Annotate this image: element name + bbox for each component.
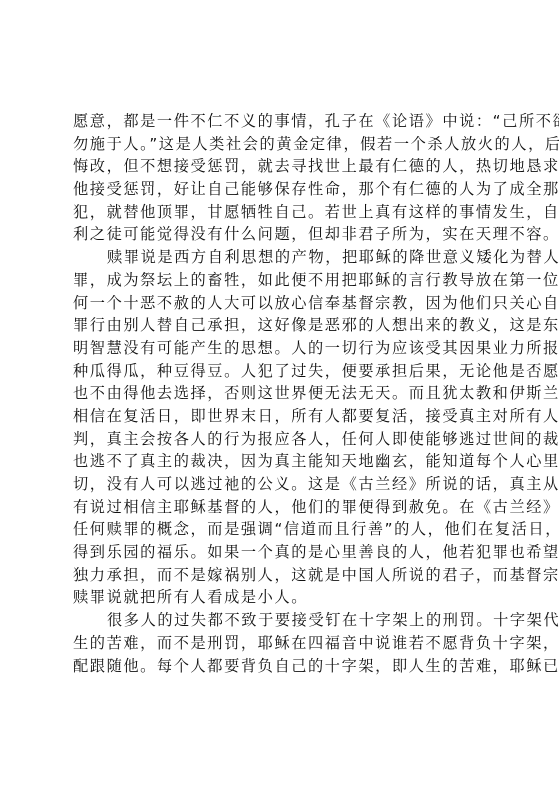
body-text: 愿意，都是一件不仁不义的事情，孔子在《论语》中说：“己所不欲， 勿施于人。”这是… (73, 110, 487, 677)
text-line: 明智慧没有可能产生的思想。人的一切行为应该受其因果业力所报应， (73, 337, 487, 360)
text-line: 得到乐园的福乐。如果一个真的是心里善良的人，他若犯罪也希望自己 (73, 541, 487, 564)
text-line: 愿意，都是一件不仁不义的事情，孔子在《论语》中说：“己所不欲， (73, 110, 487, 133)
text-line: 罪行由别人替自己承担，这好像是恶邪的人想出来的教义，这是东方文 (73, 314, 487, 337)
text-line: 他接受惩罚，好让自己能够保存性命，那个有仁德的人为了成全那个罪 (73, 178, 487, 201)
text-line: 赎罪说就把所有人看成是小人。 (73, 586, 487, 609)
text-line: 生的苦难，而不是刑罚，耶稣在四福音中说谁若不愿背负十字架，就不 (73, 632, 487, 655)
text-line: 何一个十恶不赦的人大可以放心信奉基督宗教，因为他们只关心自己的 (73, 292, 487, 315)
text-line: 勿施于人。”这是人类社会的黄金定律，假若一个杀人放火的人，后来 (73, 133, 487, 156)
text-line: 也不由得他去选择，否则这世界便无法无天。而且犹太教和伊斯兰教均 (73, 382, 487, 405)
text-line: 罪，成为祭坛上的畜牲，如此便不用把耶稣的言行教导放在第一位。任 (73, 269, 487, 292)
text-line: 任何赎罪的概念，而是强调“信道而且行善”的人，他们在复活日，必 (73, 518, 487, 541)
text-line: 赎罪说是西方自利思想的产物，把耶稣的降世意义矮化为替人类赎 (73, 246, 487, 269)
text-line: 犯，就替他顶罪，甘愿牺牲自己。若世上真有这样的事情发生，自私自 (73, 201, 487, 224)
paragraph-2: 赎罪说是西方自利思想的产物，把耶稣的降世意义矮化为替人类赎 罪，成为祭坛上的畜牲… (73, 246, 487, 609)
document-page: 愿意，都是一件不仁不义的事情，孔子在《论语》中说：“己所不欲， 勿施于人。”这是… (0, 0, 559, 794)
text-line: 判，真主会按各人的行为报应各人，任何人即使能够逃过世间的裁决， (73, 428, 487, 451)
text-line: 有说过相信主耶稣基督的人，他们的罪便得到赦免。在《古兰经》没有 (73, 496, 487, 519)
text-line: 相信在复活日，即世界末日，所有人都要复活，接受真主对所有人的审 (73, 405, 487, 428)
text-line: 独力承担，而不是嫁祸别人，这就是中国人所说的君子，而基督宗教的 (73, 564, 487, 587)
text-line: 配跟随他。每个人都要背负自己的十字架，即人生的苦难，耶稣已给后 (73, 655, 487, 678)
paragraph-3: 很多人的过失都不致于要接受钉在十字架上的刑罚。十字架代表人 生的苦难，而不是刑罚… (73, 609, 487, 677)
text-line: 种瓜得瓜，种豆得豆。人犯了过失，便要承担后果，无论他是否愿意， (73, 360, 487, 383)
paragraph-1: 愿意，都是一件不仁不义的事情，孔子在《论语》中说：“己所不欲， 勿施于人。”这是… (73, 110, 487, 246)
text-line: 悔改，但不想接受惩罚，就去寻找世上最有仁德的人，热切地恳求他代 (73, 155, 487, 178)
text-line: 利之徒可能觉得没有什么问题，但却非君子所为，实在天理不容。 (73, 223, 487, 246)
text-line: 很多人的过失都不致于要接受钉在十字架上的刑罚。十字架代表人 (73, 609, 487, 632)
text-line: 也逃不了真主的裁决，因为真主能知天地幽玄，能知道每个人心里的一 (73, 450, 487, 473)
text-line: 切，没有人可以逃过祂的公义。这是《古兰经》所说的话，真主从来没 (73, 473, 487, 496)
